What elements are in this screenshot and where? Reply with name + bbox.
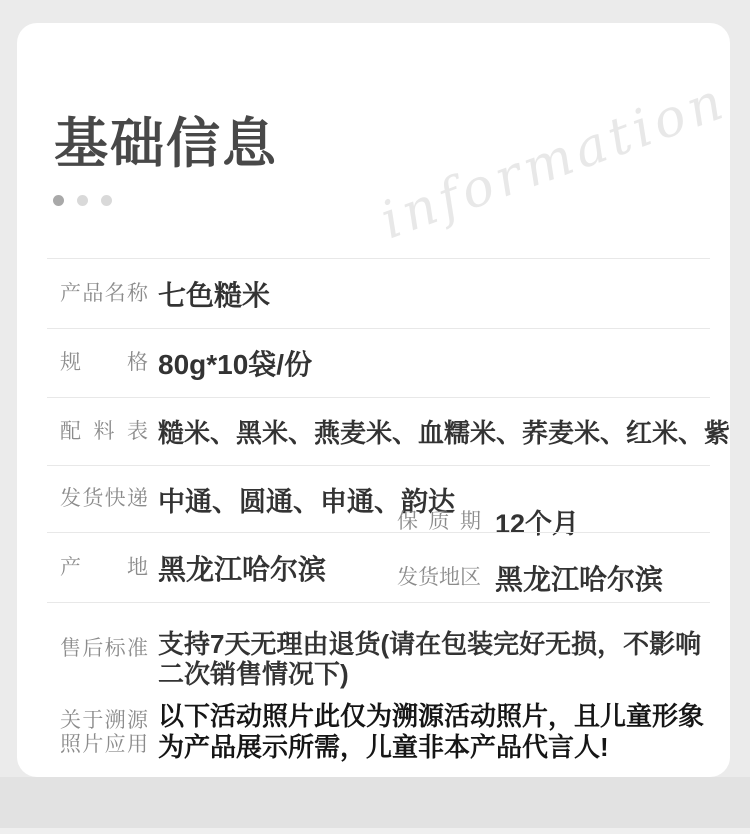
- row-shipping-courier: 发货快递 中通、圆通、申通、韵达 保质期 12个月: [47, 465, 710, 532]
- title-dots: [53, 195, 112, 206]
- specification-value: 80g*10袋/份: [158, 343, 312, 383]
- origin-label: 产地: [60, 556, 148, 580]
- product-name-label: 产品名称: [60, 282, 148, 306]
- shelf-life-label: 保质期: [397, 510, 481, 534]
- page-background: information 基础信息 产品名称 七色糙米 规格 80g*10袋/份 …: [0, 0, 750, 834]
- row-origin: 产地 黑龙江哈尔滨 发货地区 黑龙江哈尔滨: [47, 532, 710, 602]
- product-info-table: 产品名称 七色糙米 规格 80g*10袋/份 配料表 糙米、黑米、燕麦米、血糯米…: [47, 258, 710, 777]
- row-trace-photo-notice: 关于溯源照片应用 以下活动照片此仅为溯源活动照片，且儿童形象为产品展示所需，儿童…: [47, 697, 710, 777]
- lower-background-band: [0, 777, 750, 828]
- origin-value: 黑龙江哈尔滨: [158, 548, 326, 588]
- trace-photo-value: 以下活动照片此仅为溯源活动照片，且儿童形象为产品展示所需，儿童非本产品代言人!: [158, 701, 710, 763]
- watermark-text: information: [373, 65, 730, 251]
- after-sales-label: 售后标准: [60, 637, 148, 661]
- product-name-value: 七色糙米: [158, 274, 270, 314]
- row-after-sales: 售后标准 支持7天无理由退货(请在包装完好无损，不影响二次销售情况下): [47, 602, 710, 697]
- basic-info-card: information 基础信息 产品名称 七色糙米 规格 80g*10袋/份 …: [17, 23, 730, 777]
- shipping-region-pair: 发货地区 黑龙江哈尔滨: [397, 558, 663, 598]
- section-title: 基础信息: [54, 101, 278, 178]
- row-ingredients: 配料表 糙米、黑米、燕麦米、血糯米、荞麦米、红米、紫米: [47, 397, 710, 465]
- row-specification: 规格 80g*10袋/份: [47, 328, 710, 397]
- shipping-region-label: 发货地区: [397, 566, 481, 590]
- dot-indicator: [101, 195, 112, 206]
- dot-indicator-active: [53, 195, 64, 206]
- after-sales-value: 支持7天无理由退货(请在包装完好无损，不影响二次销售情况下): [158, 629, 710, 689]
- shipping-region-value: 黑龙江哈尔滨: [495, 558, 663, 598]
- shipping-courier-label: 发货快递: [60, 487, 148, 511]
- trace-photo-label: 关于溯源照片应用: [60, 709, 148, 757]
- ingredients-label: 配料表: [60, 420, 148, 444]
- specification-label: 规格: [60, 351, 148, 375]
- next-card-top-strip: [0, 828, 750, 834]
- ingredients-value: 糙米、黑米、燕麦米、血糯米、荞麦米、红米、紫米: [158, 413, 730, 450]
- dot-indicator: [77, 195, 88, 206]
- row-product-name: 产品名称 七色糙米: [47, 258, 710, 328]
